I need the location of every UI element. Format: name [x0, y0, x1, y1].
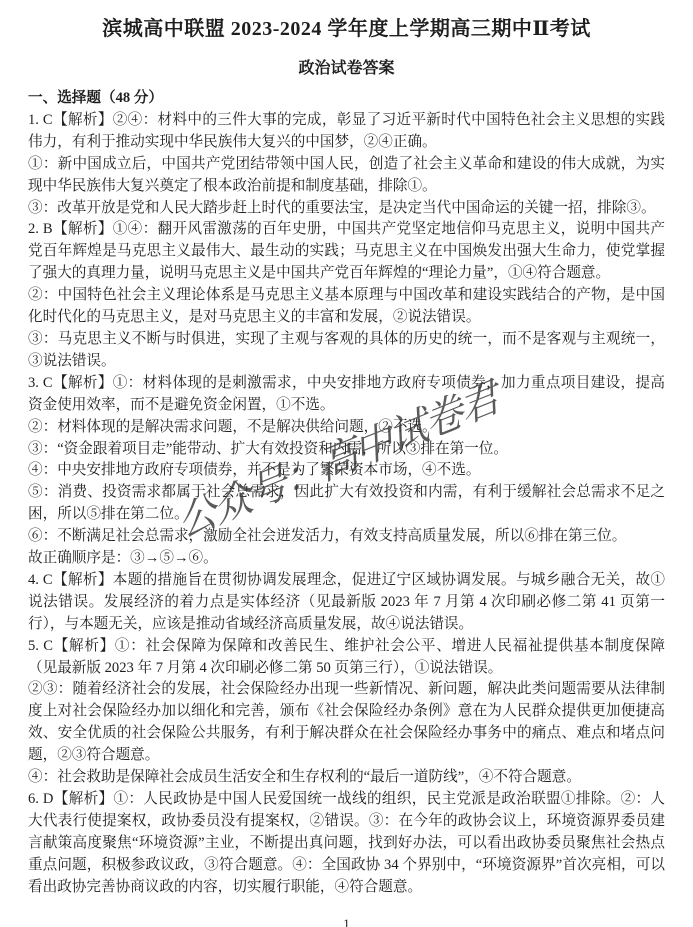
answer-paragraph: ⑥：不断满足社会总需求，激励全社会迸发活力，有效支持高质量发展，所以⑥排在第三位…: [28, 526, 665, 548]
page-number: 1: [0, 916, 693, 927]
answer-paragraph: ③：马克思主义不断与时俱进，实现了主观与客观的具体的历史的统一，而不是客观与主观…: [28, 329, 665, 373]
answer-paragraph: ④：中央安排地方政府专项债券，并不是为了繁荣资本市场，④不选。: [28, 460, 665, 482]
answer-paragraph: ③：“资金跟着项目走”能带动、扩大有效投资和内需，所以③排在第一位。: [28, 439, 665, 461]
answer-paragraph: ②：材料体现的是解决需求问题，不是解决供给问题，②不选。: [28, 417, 665, 439]
page-title: 滨城高中联盟 2023-2024 学年度上学期高三期中Ⅱ考试: [20, 12, 673, 41]
answer-paragraph: 6. D【解析】①：人民政协是中国人民爱国统一战线的组织，民主党派是政治联盟①排…: [28, 789, 665, 899]
answer-paragraph: 5. C【解析】①：社会保障为保障和改善民生、维护社会公平、增进人民福祉提供基本…: [28, 636, 665, 680]
answer-paragraph: ①：新中国成立后，中国共产党团结带领中国人民，创造了社会主义革命和建设的伟大成就…: [28, 154, 665, 198]
answer-paragraphs: 1. C【解析】②④：材料中的三件大事的完成，彰显了习近平新时代中国特色社会主义…: [28, 110, 665, 899]
answer-content: 一、选择题（48 分） 1. C【解析】②④：材料中的三件大事的完成，彰显了习近…: [28, 88, 665, 899]
answer-paragraph: ④：社会救助是保障社会成员生活安全和生存权利的“最后一道防线”，④不符合题意。: [28, 767, 665, 789]
exam-answer-page: 滨城高中联盟 2023-2024 学年度上学期高三期中Ⅱ考试 政治试卷答案 一、…: [0, 0, 693, 927]
answer-paragraph: 2. B【解析】①④：翻开风雷激荡的百年史册，中国共产党坚定地信仰马克思主义，说…: [28, 219, 665, 285]
answer-paragraph: ②：中国特色社会主义理论体系是马克思主义基本原理与中国改革和建设实践结合的产物，…: [28, 285, 665, 329]
answer-paragraph: 4. C【解析】本题的措施旨在贯彻协调发展理念，促进辽宁区域协调发展。与城乡融合…: [28, 570, 665, 636]
answer-paragraph: 1. C【解析】②④：材料中的三件大事的完成，彰显了习近平新时代中国特色社会主义…: [28, 110, 665, 154]
answer-paragraph: 故正确顺序是：③→⑤→⑥。: [28, 548, 665, 570]
page-subtitle: 政治试卷答案: [0, 55, 693, 78]
answer-paragraph: ⑤：消费、投资需求都属于社会总需求，因此扩大有效投资和内需，有利于缓解社会总需求…: [28, 482, 665, 526]
answer-paragraph: ②③：随着经济社会的发展，社会保险经办出现一些新情况、新问题，解决此类问题需要从…: [28, 679, 665, 767]
answer-paragraph: 3. C【解析】①：材料体现的是刺激需求，中央安排地方政府专项债券，加力重点项目…: [28, 373, 665, 417]
answer-paragraph: ③：改革开放是党和人民大踏步赶上时代的重要法宝，是决定当代中国命运的关键一招，排…: [28, 198, 665, 220]
section-heading: 一、选择题（48 分）: [28, 88, 665, 110]
